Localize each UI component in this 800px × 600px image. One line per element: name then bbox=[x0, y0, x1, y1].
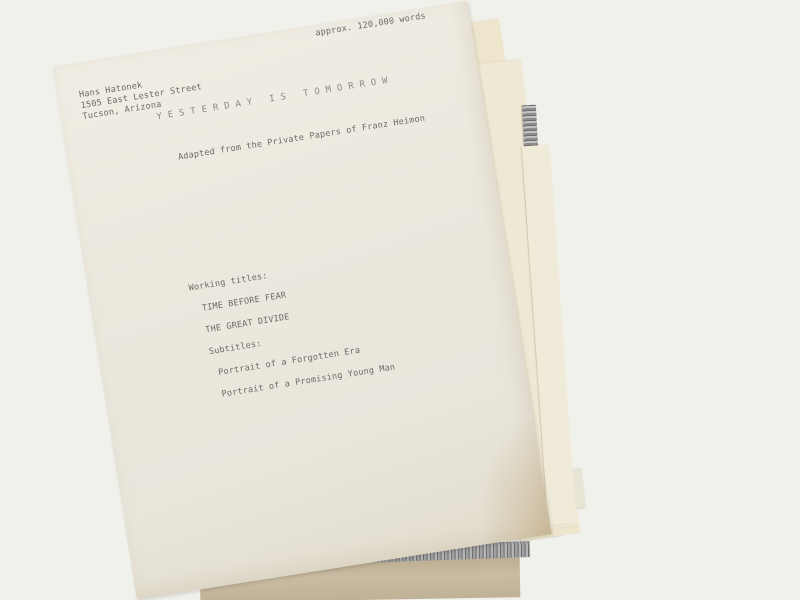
word-count: approx. 120,000 words bbox=[315, 11, 427, 38]
manuscript-title-page: Hans Hatonek 1505 East Lester Street Tuc… bbox=[52, 0, 551, 599]
photo-scene: Hans Hatonek 1505 East Lester Street Tuc… bbox=[0, 0, 800, 600]
titles-block: Working titles: TIME BEFORE FEAR THE GRE… bbox=[187, 248, 397, 408]
adapted-from-line: Adapted from the Private Papers of Franz… bbox=[177, 114, 425, 163]
